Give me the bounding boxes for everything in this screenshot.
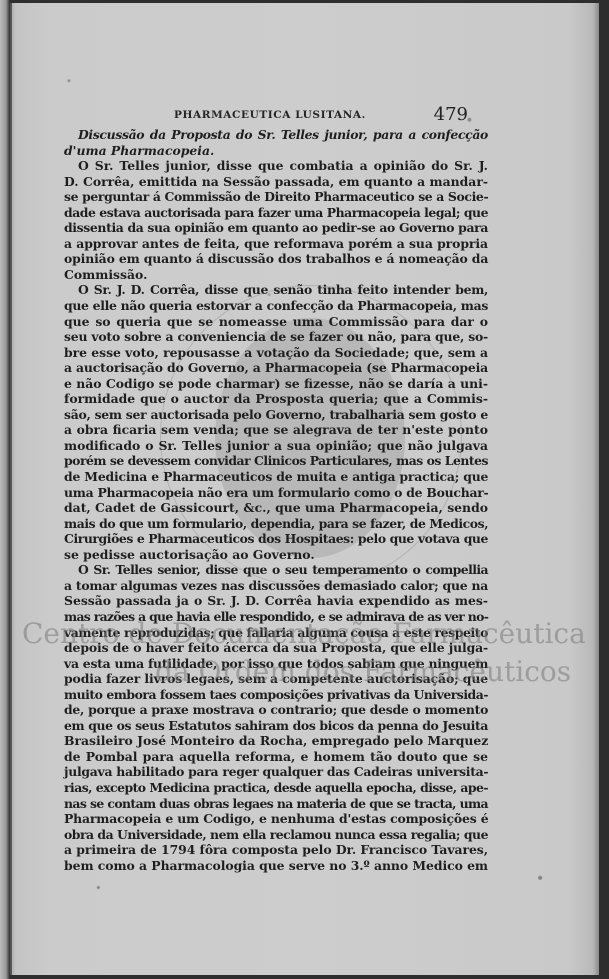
text-line: julgava habilitado para reger qualquer d…: [64, 764, 488, 780]
text-line: muito embora fossem taes composições pri…: [64, 687, 488, 703]
text-line: O Sr. Telles junior, disse que combatia …: [64, 158, 488, 174]
text-line: e não Codigo se pode charmar) se fizesse…: [64, 376, 488, 392]
text-line: rias, excepto Medicina practica, desde a…: [64, 780, 488, 796]
text-line: a tomar algumas vezes nas discussões dem…: [64, 578, 488, 594]
section-title-line: d'uma Pharmacopeia.: [64, 143, 488, 159]
text-line: se perguntar á Commissão de Direito Phar…: [64, 189, 488, 205]
text-line: Commissão.: [64, 267, 488, 283]
page-body: Discussão da Proposta do Sr. Telles juni…: [64, 127, 488, 873]
page-gutter-line: [10, 3, 12, 975]
text-line: que so queria que se nomeasse uma Commis…: [64, 314, 488, 330]
text-line: a obra ficaria sem venda; que se alegrav…: [64, 422, 488, 438]
paragraph-correa: O Sr. J. D. Corrêa, disse que senão tinh…: [64, 282, 488, 562]
page-header: PHARMACEUTICA LUSITANA. 479: [64, 104, 488, 126]
text-line: bem como a Pharmacologia que serve no 3.…: [64, 858, 488, 874]
paragraph-telles-junior: O Sr. Telles junior, disse que combatia …: [64, 158, 488, 282]
text-line: D. Corrêa, emittida na Sessão passada, e…: [64, 174, 488, 190]
text-line: a approvar antes de feita, que reformava…: [64, 236, 488, 252]
page-number: 479: [434, 104, 468, 125]
paragraph-telles-senior: O Sr. Telles senior, disse que o seu tem…: [64, 562, 488, 873]
text-line: podia fazer livros legaes, sem a compete…: [64, 671, 488, 687]
text-line: porém se devessem convidar Clinicos Part…: [64, 453, 488, 469]
text-line: depois de o haver feito ácerca da sua Pr…: [64, 640, 488, 656]
text-line: dade estava auctorisada para fazer uma P…: [64, 205, 488, 221]
text-line: dissentia da sua opinião em quanto ao pe…: [64, 220, 488, 236]
text-line: a auctorisação do Governo, a Pharmacopei…: [64, 360, 488, 376]
text-line: a primeira de 1794 fôra composta pelo Dr…: [64, 842, 488, 858]
text-line: vamente reproduzidas; que fallaria algum…: [64, 625, 488, 641]
text-line: Sessão passada ja o Sr. J. D. Corrêa hav…: [64, 593, 488, 609]
text-line: nas se contam duas obras legaes na mater…: [64, 796, 488, 812]
text-line: modificado o Sr. Telles junior a sua opi…: [64, 438, 488, 454]
text-line: bre esse voto, repousasse a votação da S…: [64, 345, 488, 361]
text-line: dat, Cadet de Gassicourt, &c., que uma P…: [64, 500, 488, 516]
text-line: seu voto sobre a conveniencia de se faze…: [64, 329, 488, 345]
text-line: se pedisse auctorisação ao Governo.: [64, 547, 488, 563]
text-line: de, porque a praxe mostrava o contrario;…: [64, 702, 488, 718]
text-line: mas razões a que havia elle respondido, …: [64, 609, 488, 625]
text-line: obra da Universidade, nem ella reclamou …: [64, 827, 488, 843]
text-line: opinião em quanto á discussão dos trabal…: [64, 251, 488, 267]
running-title: PHARMACEUTICA LUSITANA.: [174, 109, 366, 121]
text-line: são, sem ser auctorisada pelo Governo, t…: [64, 407, 488, 423]
text-line: mais do que um formulario, dependia, par…: [64, 516, 488, 532]
text-line: va esta uma futilidade, por isso que tod…: [64, 656, 488, 672]
text-line: que elle não queria estorvar a confecção…: [64, 298, 488, 314]
text-line: uma Pharmacopeia não era um formulario c…: [64, 485, 488, 501]
previous-page-edge: [0, 0, 10, 979]
section-title-line: Discussão da Proposta do Sr. Telles juni…: [64, 127, 488, 143]
text-line: Pharmacopeia e um Codigo, e nenhuma d'es…: [64, 811, 488, 827]
section-title: Discussão da Proposta do Sr. Telles juni…: [64, 127, 488, 158]
text-line: de Medicina e Pharmaceuticos de muita e …: [64, 469, 488, 485]
text-line: O Sr. J. D. Corrêa, disse que senão tinh…: [64, 282, 488, 298]
text-line: formidade que o auctor da Prosposta quer…: [64, 391, 488, 407]
text-line: em que os seus Estatutos sahiram dos bic…: [64, 718, 488, 734]
text-line: de Pombal para aquella reforma, e homem …: [64, 749, 488, 765]
text-line: Cirurgiões e Pharmaceuticos dos Hospitae…: [64, 531, 488, 547]
text-line: O Sr. Telles senior, disse que o seu tem…: [64, 562, 488, 578]
text-line: Brasileiro José Monteiro da Rocha, empre…: [64, 733, 488, 749]
